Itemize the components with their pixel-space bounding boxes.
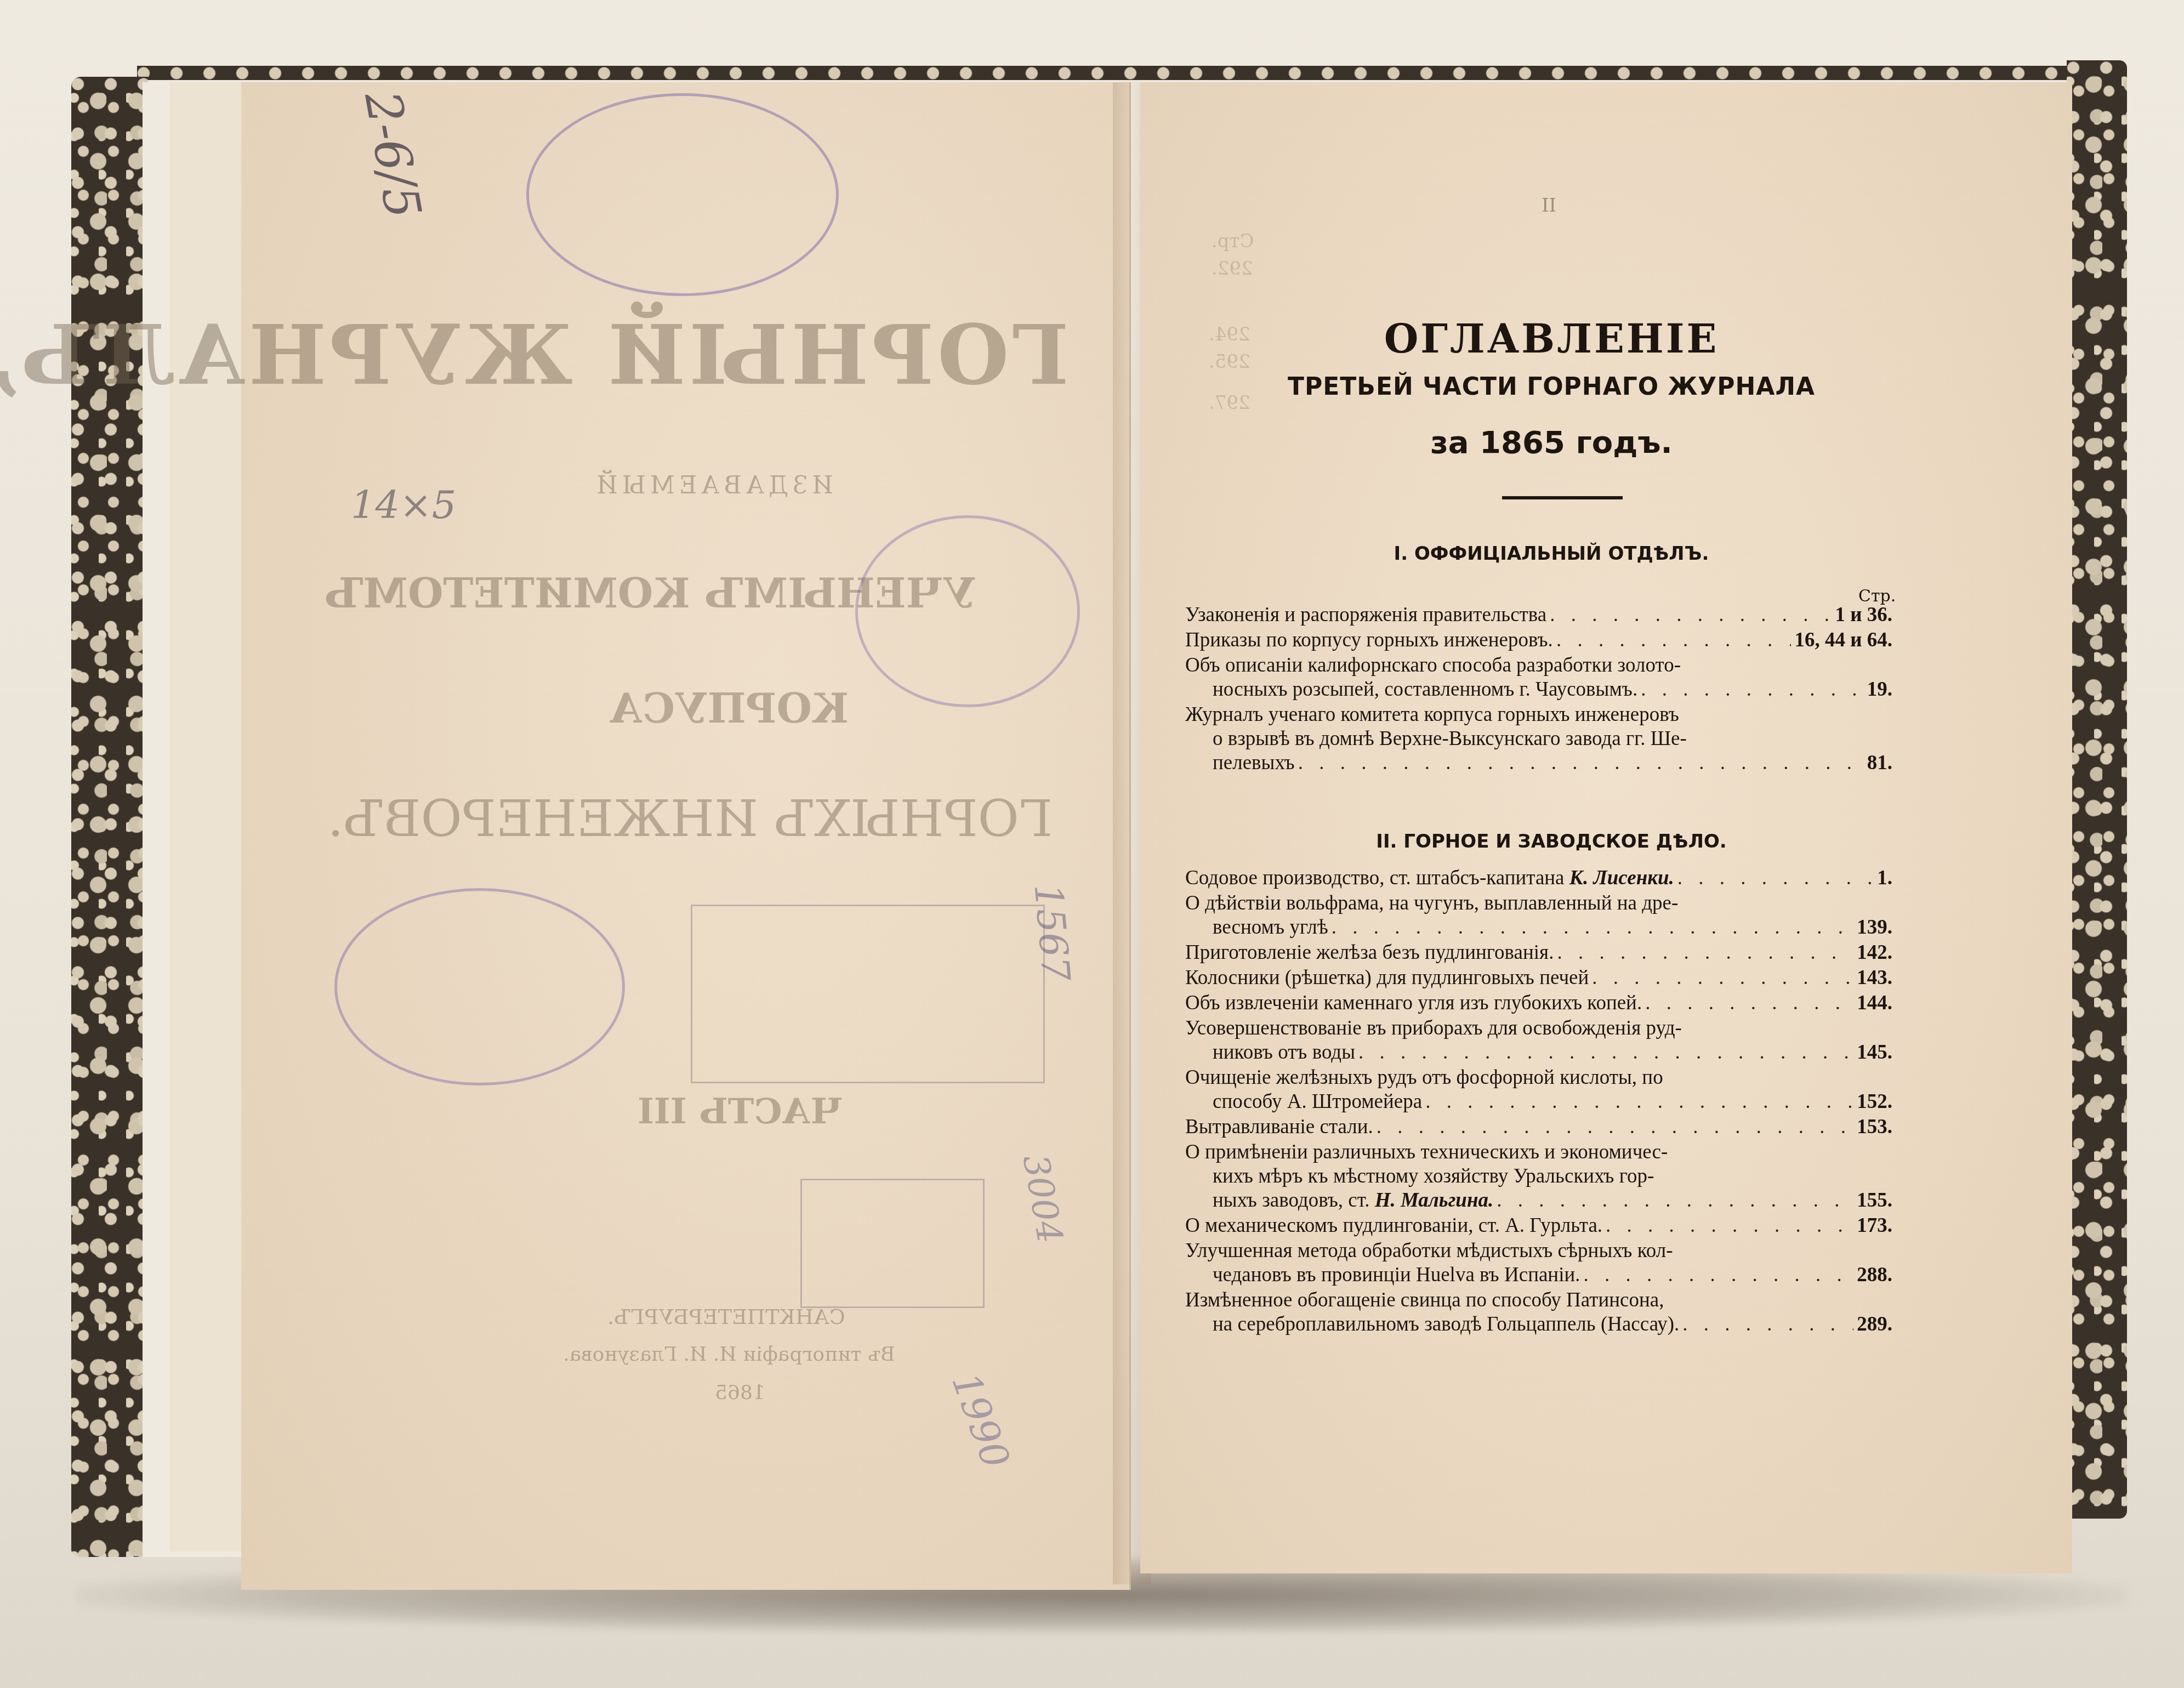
leader-dots	[1557, 941, 1853, 965]
entry-text: никовъ отъ воды	[1213, 1041, 1355, 1065]
entry-text: Усовершенствованіе въ приборахъ для осво…	[1185, 1016, 1682, 1041]
leader-dots	[1298, 751, 1864, 775]
leader-dots	[1592, 966, 1853, 990]
leader-dots	[1377, 1115, 1853, 1139]
page-number: II	[1542, 195, 1556, 217]
toc-entry: Объ извлеченіи каменнаго угля изъ глубок…	[1185, 991, 1892, 1015]
right-page	[1140, 82, 2072, 1573]
entry-text: О дѣйствіи вольфрама, на чугунъ, выплавл…	[1185, 891, 1678, 916]
toc-entry: Приготовленіе желѣза безъ пудлингованія.…	[1185, 941, 1892, 965]
toc-entry: О механическомъ пудлингованіи, ст. А. Гу…	[1185, 1214, 1892, 1238]
toc-year: за 1865 годъ.	[1277, 425, 1825, 461]
toc-entry: Приказы по корпусу горныхъ инженеровъ.16…	[1185, 628, 1892, 652]
entry-text: чедановъ въ провинціи Huelva въ Испаніи.	[1213, 1263, 1580, 1287]
show-through-city: САНКТПЕТЕРБУРГЪ.	[576, 1305, 877, 1329]
toc-entry: Объ описаніи калифорнскаго способа разра…	[1185, 653, 1892, 702]
toc-entry: О дѣйствіи вольфрама, на чугунъ, выплавл…	[1185, 891, 1892, 940]
entry-author: К. Лисенки.	[1569, 866, 1674, 890]
entry-page: 142.	[1857, 941, 1892, 965]
show-through-number: 292.	[1212, 258, 1253, 280]
entry-text: весномъ углѣ	[1213, 916, 1328, 940]
toc-entry: О примѣненіи различныхъ техническихъ и э…	[1185, 1140, 1892, 1213]
leader-dots	[1556, 628, 1791, 652]
toc-entry: Колосники (рѣшетка) для пудлинговыхъ печ…	[1185, 966, 1892, 990]
entry-text: кихъ мѣръ къ мѣстному хозяйству Уральски…	[1213, 1164, 1654, 1189]
toc-entry: Вытравливаніе стали.153.	[1185, 1115, 1892, 1139]
book-cover-left-marbled	[71, 77, 148, 1557]
entry-text: Объ извлеченіи каменнаго угля изъ глубок…	[1185, 991, 1642, 1015]
entry-text: ныхъ заводовъ, ст.	[1213, 1189, 1369, 1213]
entry-text: О примѣненіи различныхъ техническихъ и э…	[1185, 1140, 1668, 1164]
handwritten-inventory: 1567	[1025, 882, 1078, 984]
entry-page: 1 и 36.	[1835, 603, 1892, 627]
toc-entry: Журналъ ученаго комитета корпуса горныхъ…	[1185, 703, 1892, 775]
leader-dots	[1583, 1263, 1853, 1287]
entry-page: 152.	[1857, 1090, 1892, 1114]
entry-page: 81.	[1867, 751, 1892, 775]
show-through-printer: Въ типографіи И. И. Глазунова.	[521, 1343, 937, 1366]
flyleaf	[170, 82, 248, 1551]
toc-entry: Измѣненное обогащеніе свинца по способу …	[1185, 1288, 1892, 1337]
entry-text: Приготовленіе желѣза безъ пудлингованія.	[1185, 941, 1554, 965]
entry-page: 153.	[1857, 1115, 1892, 1139]
entry-text: Улучшенная метода обработки мѣдистыхъ сѣ…	[1185, 1239, 1673, 1263]
show-through-part: ЧАСТЬ III	[603, 1091, 877, 1132]
toc-subtitle: ТРЕТЬЕЙ ЧАСТИ ГОРНАГО ЖУРНАЛА	[1195, 373, 1908, 401]
library-stamp-oval	[526, 93, 839, 296]
leader-dots	[1606, 1214, 1853, 1238]
entry-page: 173.	[1857, 1214, 1892, 1238]
entry-text: Измѣненное обогащеніе свинца по способу …	[1185, 1288, 1664, 1312]
entry-page: 19.	[1867, 678, 1892, 702]
entry-text: Объ описаніи калифорнскаго способа разра…	[1185, 653, 1681, 678]
entry-text: на сереброплавильномъ заводѣ Гольцаппель…	[1213, 1312, 1679, 1337]
entry-page: 155.	[1857, 1189, 1892, 1213]
entry-text: о взрывѣ въ домнѣ Верхне-Выксунскаго зав…	[1213, 727, 1687, 751]
entry-text: О механическомъ пудлингованіи, ст. А. Гу…	[1185, 1214, 1602, 1238]
entry-page: 288.	[1857, 1263, 1892, 1287]
section-heading-mining: II. ГОРНОЕ И ЗАВОДСКОЕ ДѢЛО.	[1195, 831, 1908, 852]
show-through-number: Стр.	[1212, 230, 1254, 252]
entry-page: 145.	[1857, 1041, 1892, 1065]
toc-entry: Усовершенствованіе въ приборахъ для осво…	[1185, 1016, 1892, 1065]
entry-text: Колосники (рѣшетка) для пудлинговыхъ печ…	[1185, 966, 1589, 990]
leader-dots	[1645, 991, 1853, 1015]
library-stamp-lower	[334, 888, 625, 1085]
toc-entry: Содовое производство, ст. штабсъ-капитан…	[1185, 866, 1892, 890]
entry-page: 1.	[1877, 866, 1892, 890]
entry-text: пелевыхъ	[1213, 751, 1295, 775]
entry-text: Очищеніе желѣзныхъ рудъ отъ фосфорной ки…	[1185, 1066, 1663, 1090]
toc-entry: Узаконенія и распоряженія правительства1…	[1185, 603, 1892, 627]
section-official-entries: Узаконенія и распоряженія правительства1…	[1185, 603, 1892, 776]
section-heading-official: I. ОФФИЦІАЛЬНЫЙ ОТДѢЛЪ.	[1195, 543, 1908, 565]
leader-dots	[1641, 678, 1864, 702]
leader-dots	[1497, 1189, 1853, 1213]
show-through-corps: КОРПУСА	[565, 685, 894, 732]
library-stamp-faint	[855, 515, 1080, 707]
leader-dots	[1682, 1312, 1853, 1337]
entry-page: 143.	[1857, 966, 1892, 990]
rectangular-stamp	[691, 905, 1045, 1083]
leader-dots	[1358, 1041, 1853, 1065]
section-mining-entries: Содовое производство, ст. штабсъ-капитан…	[1185, 866, 1892, 1338]
entry-text: Журналъ ученаго комитета корпуса горныхъ…	[1185, 703, 1679, 727]
toc-title: ОГЛАВЛЕНІЕ	[1277, 315, 1825, 362]
entry-text: носныхъ розсыпей, составленномъ г. Чаусо…	[1213, 678, 1637, 702]
handwritten-number: 14×5	[351, 482, 456, 527]
entry-page: 139.	[1857, 916, 1892, 940]
leader-dots	[1677, 866, 1874, 890]
show-through-journal-title: ГОРНЫЙ ЖУРНАЛЪ,	[356, 307, 1069, 403]
entry-text: способу А. Штромейера	[1213, 1090, 1422, 1114]
entry-text: Вытравливаніе стали.	[1185, 1115, 1373, 1139]
entry-page: 144.	[1857, 991, 1892, 1015]
book-cover-top-edge	[137, 66, 2111, 80]
leader-dots	[1332, 916, 1853, 940]
entry-text: Узаконенія и распоряженія правительства	[1185, 603, 1546, 627]
show-through-number: 295.	[1209, 351, 1250, 373]
entry-author: Н. Мальгина.	[1375, 1189, 1494, 1213]
show-through-year: 1865	[658, 1382, 822, 1404]
toc-entry: Улучшенная метода обработки мѣдистыхъ сѣ…	[1185, 1239, 1892, 1287]
show-through-number: 294.	[1209, 323, 1250, 345]
divider-rule	[1502, 496, 1623, 499]
leader-dots	[1550, 603, 1832, 627]
entry-text: Приказы по корпусу горныхъ инженеровъ.	[1185, 628, 1553, 652]
small-rectangular-stamp	[800, 1179, 985, 1308]
entry-text: Содовое производство, ст. штабсъ-капитан…	[1185, 866, 1565, 890]
show-through-engineers: ГОРНЫХЪ ИНЖЕНЕРОВЪ.	[450, 789, 1053, 848]
entry-page: 16, 44 и 64.	[1794, 628, 1892, 652]
show-through-published-by: ИЗДАВАЕМЫЙ	[548, 471, 877, 499]
leader-dots	[1425, 1090, 1853, 1114]
book-cover-right-marbled	[2067, 60, 2127, 1519]
entry-page: 289.	[1857, 1312, 1892, 1337]
toc-entry: Очищеніе желѣзныхъ рудъ отъ фосфорной ки…	[1185, 1066, 1892, 1114]
